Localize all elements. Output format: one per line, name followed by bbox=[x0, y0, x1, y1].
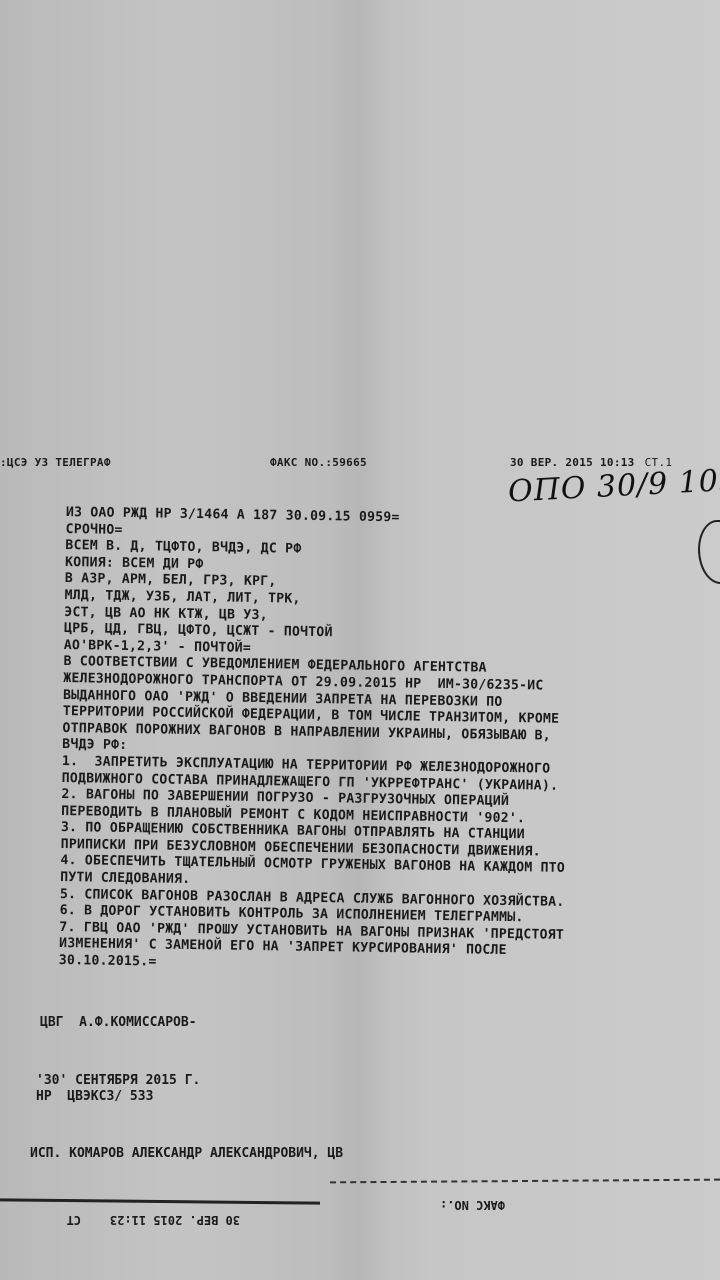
next-page-fax-label: ФАКС NO.: bbox=[440, 1198, 505, 1212]
telegram-body: ИЗ ОАО РЖД НР 3/1464 А 187 30.09.15 0959… bbox=[59, 505, 720, 980]
executor-line: ИСП. КОМАРОВ АЛЕКСАНДР АЛЕКСАНДРОВИЧ, ЦВ bbox=[30, 1146, 343, 1161]
fax-number: ФАКС NO.:59665 bbox=[270, 456, 367, 468]
fax-datetime-value: 30 ВЕР. 2015 10:13 bbox=[510, 456, 635, 468]
date-block: '30' СЕНТЯБРЯ 2015 Г.НР ЦВЭКСЗ/ 533 bbox=[36, 1073, 200, 1105]
next-page-header: 30 ВЕР. 2015 11:23 СТ bbox=[0, 1213, 240, 1227]
date-line: '30' СЕНТЯБРЯ 2015 Г. bbox=[36, 1073, 200, 1089]
next-page-page: СТ bbox=[67, 1213, 81, 1227]
signature-line: ЦВГ А.Ф.КОМИССАРОВ- bbox=[40, 1015, 197, 1030]
number-line: НР ЦВЭКСЗ/ 533 bbox=[36, 1089, 200, 1105]
next-page-datetime: 30 ВЕР. 2015 11:23 bbox=[110, 1213, 240, 1227]
fax-sender: :ЦСЭ УЗ ТЕЛЕГРАФ bbox=[0, 456, 111, 468]
tear-line-left bbox=[0, 1198, 320, 1204]
